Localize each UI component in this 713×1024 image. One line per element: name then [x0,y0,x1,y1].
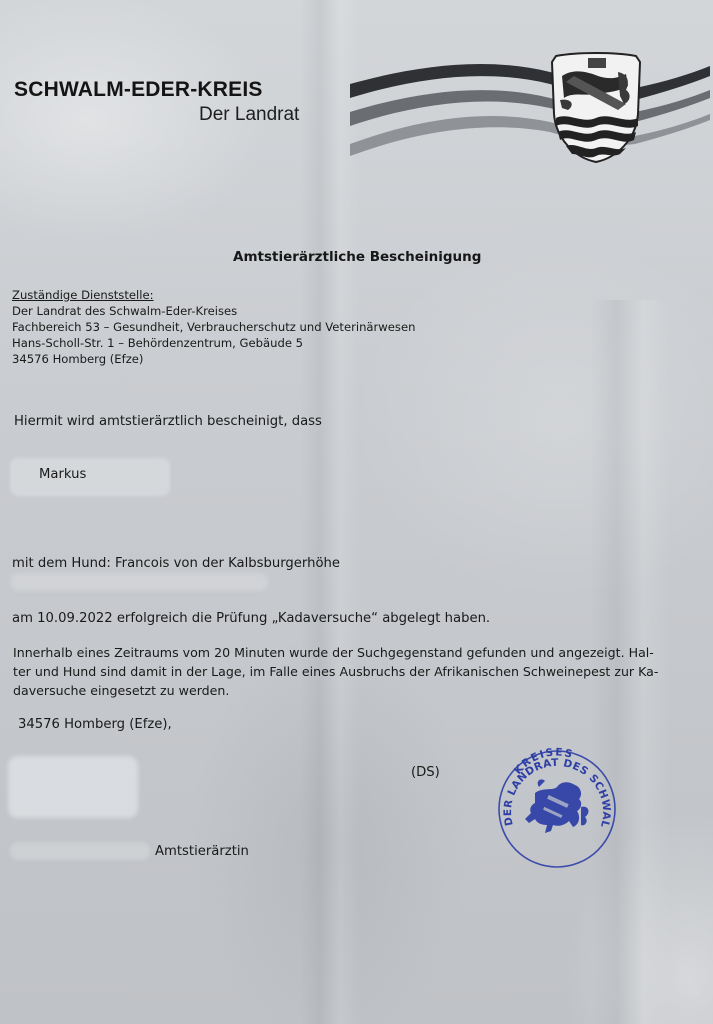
result-paragraph: Innerhalb eines Zeitraums vom 20 Minuten… [13,643,703,700]
header-banner [345,48,713,168]
redaction-signature [8,756,138,818]
redaction-name [10,458,170,496]
lion-icon [525,779,588,833]
holder-name: Markus [39,467,86,482]
paragraph-line: daversuche eingesetzt zu werden. [13,681,703,700]
seal-marker: (DS) [411,765,440,780]
office-line: Fachbereich 53 – Gesundheit, Verbraucher… [12,319,415,335]
redaction-signer-name [10,842,150,860]
place-line: 34576 Homberg (Efze), [18,717,172,732]
certification-intro: Hiermit wird amtstierärztlich bescheinig… [14,414,322,429]
dog-line: mit dem Hund: Francois von der Kalbsburg… [12,556,340,571]
office-line: Der Landrat des Schwalm-Eder-Kreises [12,303,415,319]
office-label: Zuständige Dienststelle: [12,287,415,303]
coat-of-arms-icon [552,53,640,162]
official-stamp: DER LANDRAT DES SCHWALM-EDER- KREISES [495,747,619,871]
organization-name: SCHWALM-EDER-KREIS [14,78,263,102]
office-line: Hans-Scholl-Str. 1 – Behördenzentrum, Ge… [12,335,415,351]
paragraph-line: Innerhalb eines Zeitraums vom 20 Minuten… [13,643,703,662]
document-title: Amtstierärztliche Bescheinigung [233,249,481,265]
signer-role: Amtstierärztin [155,844,249,859]
exam-line: am 10.09.2022 erfolgreich die Prüfung „K… [12,611,490,626]
redaction-dog-details [10,573,268,591]
responsible-office: Zuständige Dienststelle: Der Landrat des… [12,287,415,367]
office-line: 34576 Homberg (Efze) [12,351,415,367]
paragraph-line: ter und Hund sind damit in der Lage, im … [13,662,703,681]
organization-subtitle: Der Landrat [199,104,299,126]
